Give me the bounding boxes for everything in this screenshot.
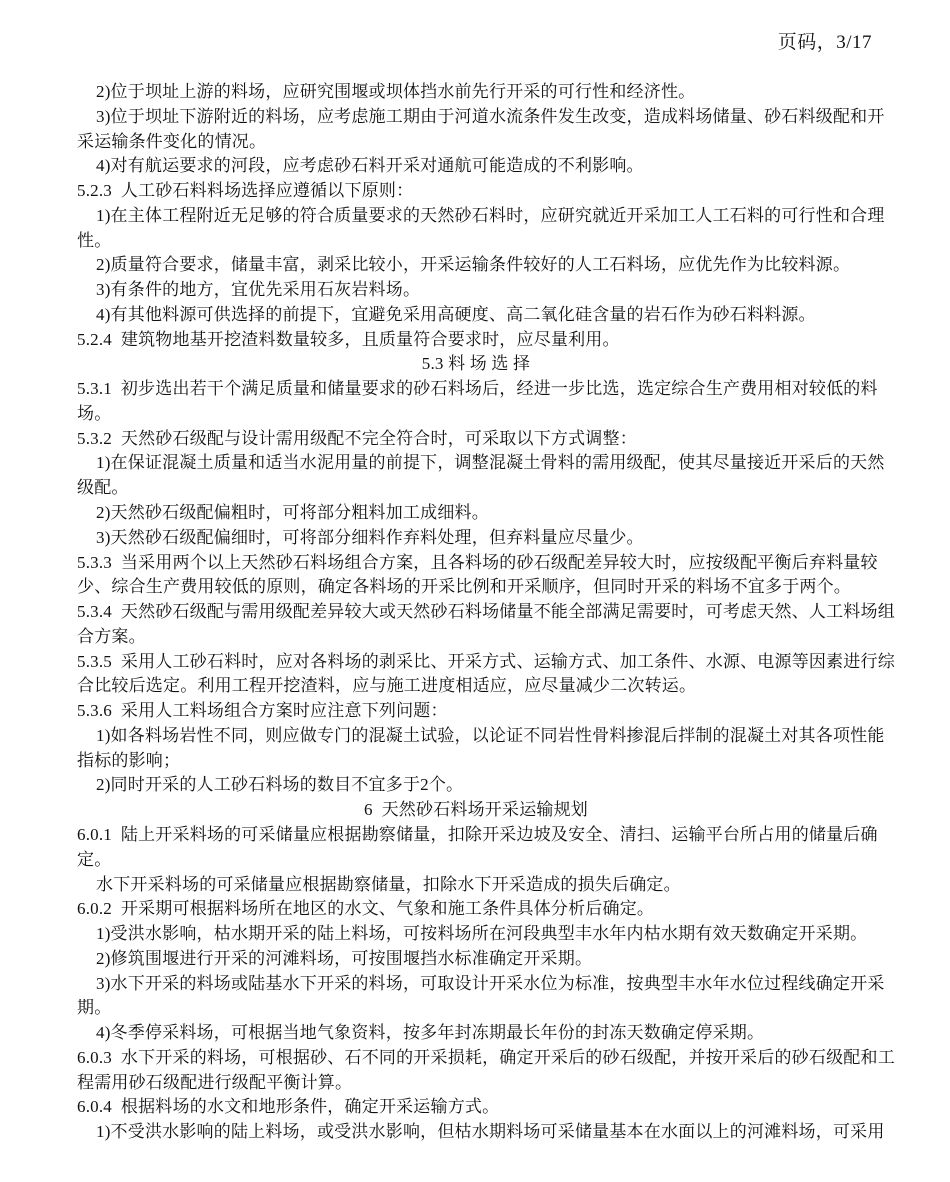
- text-line: 程需用砂石级配进行级配平衡计算。: [77, 1071, 875, 1096]
- text-line: 2)同时开采的人工砂石料场的数目不宜多于2个。: [77, 773, 875, 798]
- text-line: 水下开采料场的可采储量应根据勘察储量，扣除水下开采造成的损失后确定。: [77, 873, 875, 898]
- text-line: 5.3.6 采用人工料场组合方案时应注意下列问题：: [77, 699, 875, 724]
- text-line: 场。: [77, 402, 875, 427]
- text-line: 级配。: [77, 476, 875, 501]
- section-heading: 6 天然砂石料场开采运输规划: [77, 798, 875, 823]
- document-body: 2)位于坝址上游的料场，应研究围堰或坝体挡水前先行开采的可行性和经济性。3)位于…: [77, 80, 875, 1145]
- text-line: 1)在保证混凝土质量和适当水泥用量的前提下，调整混凝土骨料的需用级配，使其尽量接…: [77, 451, 875, 476]
- text-line: 5.3.4 天然砂石级配与需用级配差异较大或天然砂石料场储量不能全部满足需要时，…: [77, 600, 875, 625]
- text-line: 5.3.3 当采用两个以上天然砂石料场组合方案，且各料场的砂石级配差异较大时，应…: [77, 551, 875, 576]
- text-line: 期。: [77, 996, 875, 1021]
- text-line: 6.0.3 水下开采的料场，可根据砂、石不同的开采损耗，确定开采后的砂石级配，并…: [77, 1046, 875, 1071]
- text-line: 采运输条件变化的情况。: [77, 130, 875, 155]
- text-line: 5.3.1 初步选出若干个满足质量和储量要求的砂石料场后，经进一步比选，选定综合…: [77, 377, 875, 402]
- text-line: 少、综合生产费用较低的原则，确定各料场的开采比例和开采顺序，但同时开采的料场不宜…: [77, 575, 875, 600]
- text-line: 3)天然砂石级配偏细时，可将部分细料作弃料处理，但弃料量应尽量少。: [77, 526, 875, 551]
- document-page: 页码，3/17 2)位于坝址上游的料场，应研究围堰或坝体挡水前先行开采的可行性和…: [0, 0, 950, 1182]
- text-line: 性。: [77, 229, 875, 254]
- text-line: 5.2.3 人工砂石料料场选择应遵循以下原则：: [77, 179, 875, 204]
- section-heading: 5.3 料 场 选 择: [77, 352, 875, 377]
- text-line: 指标的影响；: [77, 749, 875, 774]
- text-line: 合比较后选定。利用工程开挖渣料，应与施工进度相适应，应尽量减少二次转运。: [77, 674, 875, 699]
- text-line: 4)有其他料源可供选择的前提下，宜避免采用高硬度、高二氧化硅含量的岩石作为砂石料…: [77, 303, 875, 328]
- text-line: 5.3.5 采用人工砂石料时，应对各料场的剥采比、开采方式、运输方式、加工条件、…: [77, 650, 875, 675]
- text-line: 2)位于坝址上游的料场，应研究围堰或坝体挡水前先行开采的可行性和经济性。: [77, 80, 875, 105]
- text-line: 1)如各料场岩性不同，则应做专门的混凝土试验，以论证不同岩性骨料掺混后拌制的混凝…: [77, 724, 875, 749]
- text-line: 4)冬季停采料场，可根据当地气象资料，按多年封冻期最长年份的封冻天数确定停采期。: [77, 1021, 875, 1046]
- text-line: 4)对有航运要求的河段，应考虑砂石料开采对通航可能造成的不利影响。: [77, 154, 875, 179]
- text-line: 1)在主体工程附近无足够的符合质量要求的天然砂石料时，应研究就近开采加工人工石料…: [77, 204, 875, 229]
- text-line: 5.3.2 天然砂石级配与设计需用级配不完全符合时，可采取以下方式调整：: [77, 427, 875, 452]
- text-line: 6.0.4 根据料场的水文和地形条件，确定开采运输方式。: [77, 1095, 875, 1120]
- page-number-label: 页码，3/17: [778, 27, 872, 54]
- text-line: 1)不受洪水影响的陆上料场，或受洪水影响，但枯水期料场可采储量基本在水面以上的河…: [77, 1120, 875, 1145]
- text-line: 1)受洪水影响，枯水期开采的陆上料场，可按料场所在河段典型丰水年内枯水期有效天数…: [77, 922, 875, 947]
- text-line: 2)质量符合要求，储量丰富，剥采比较小，开采运输条件较好的人工石料场，应优先作为…: [77, 253, 875, 278]
- text-line: 2)天然砂石级配偏粗时，可将部分粗料加工成细料。: [77, 501, 875, 526]
- text-line: 6.0.2 开采期可根据料场所在地区的水文、气象和施工条件具体分析后确定。: [77, 897, 875, 922]
- text-line: 3)水下开采的料场或陆基水下开采的料场，可取设计开采水位为标准，按典型丰水年水位…: [77, 972, 875, 997]
- text-line: 3)位于坝址下游附近的料场，应考虑施工期由于河道水流条件发生改变，造成料场储量、…: [77, 105, 875, 130]
- text-line: 6.0.1 陆上开采料场的可采储量应根据勘察储量，扣除开采边坡及安全、清扫、运输…: [77, 823, 875, 848]
- text-line: 5.2.4 建筑物地基开挖渣料数量较多，且质量符合要求时，应尽量利用。: [77, 328, 875, 353]
- text-line: 合方案。: [77, 625, 875, 650]
- text-line: 3)有条件的地方，宜优先采用石灰岩料场。: [77, 278, 875, 303]
- text-line: 定。: [77, 848, 875, 873]
- text-line: 2)修筑围堰进行开采的河滩料场，可按围堰挡水标准确定开采期。: [77, 947, 875, 972]
